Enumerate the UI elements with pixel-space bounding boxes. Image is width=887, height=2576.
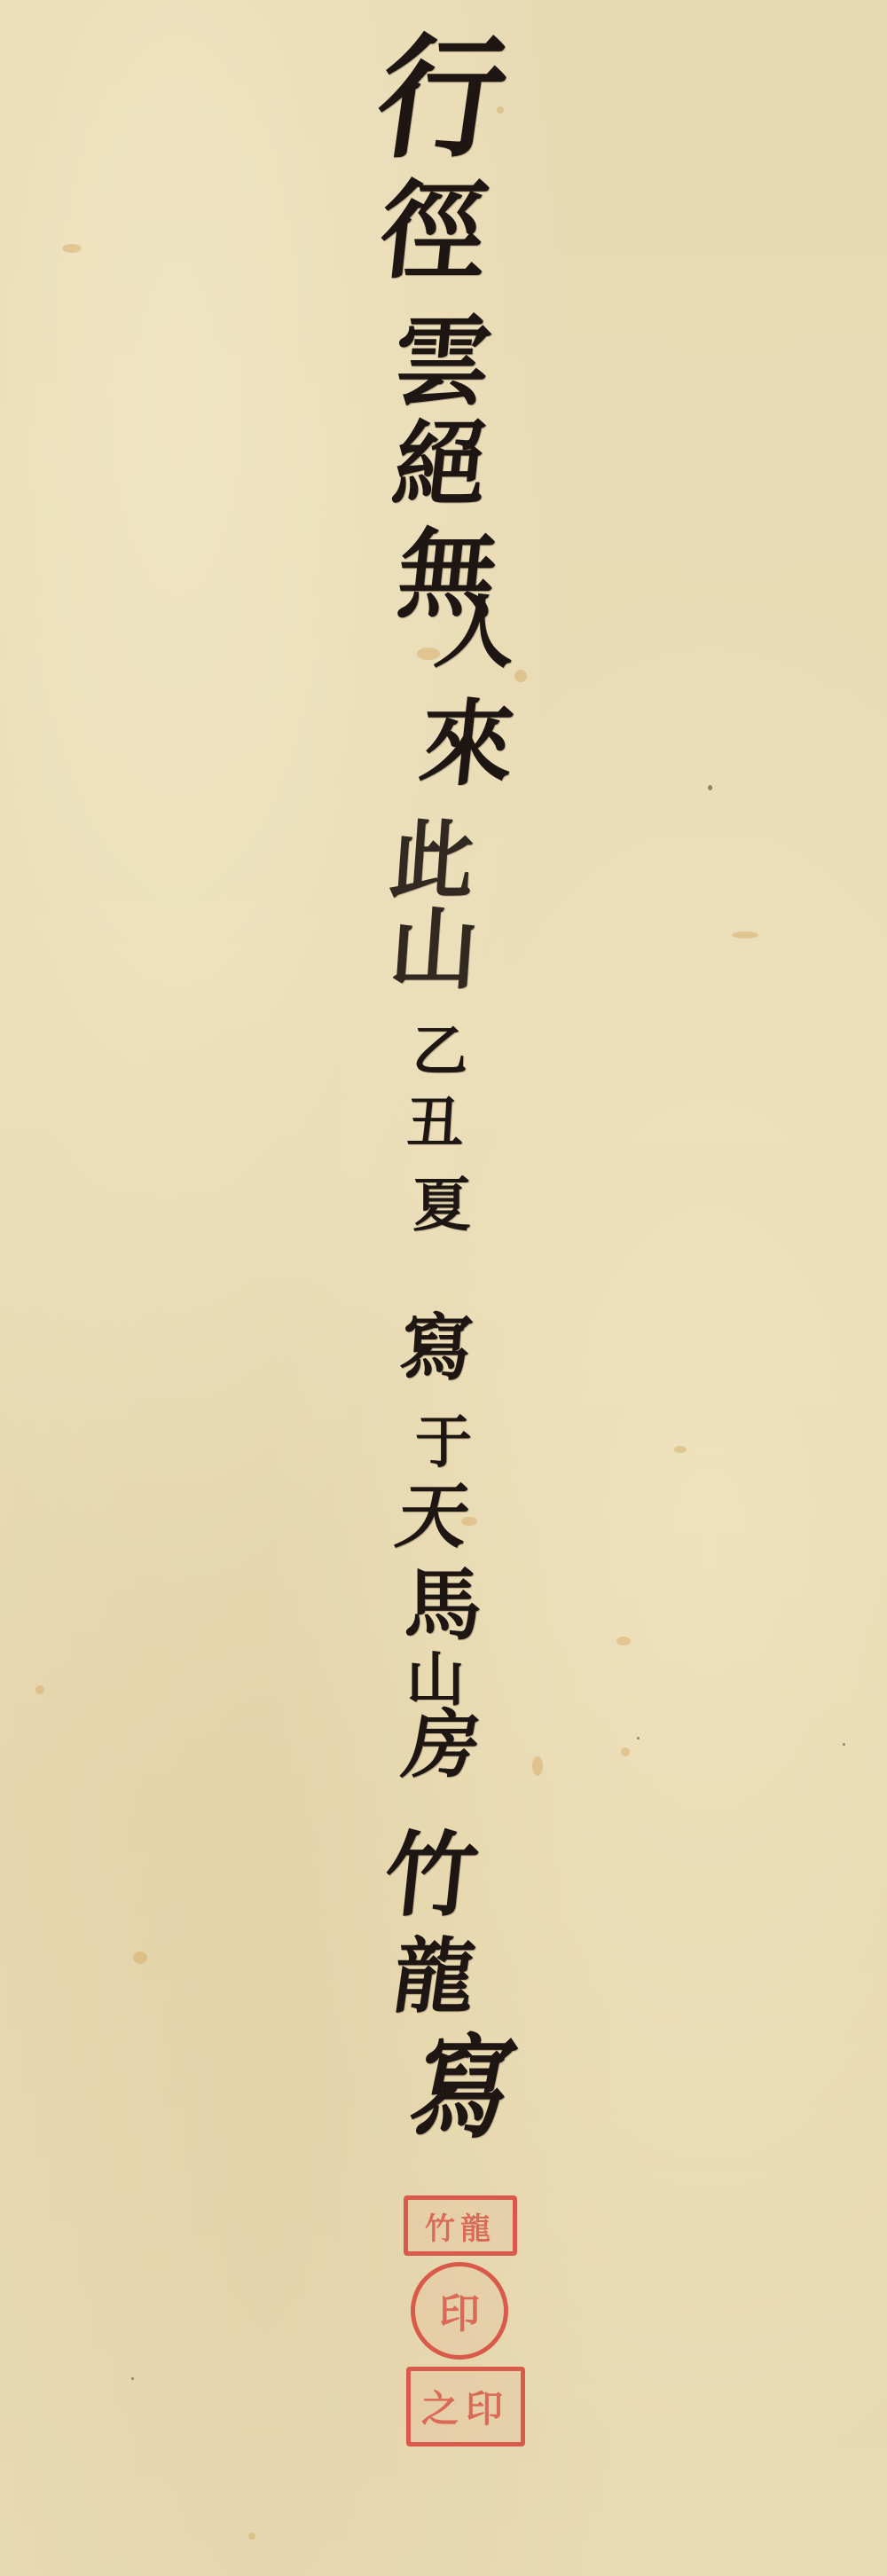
date-character: 夏 bbox=[412, 1158, 471, 1242]
inscription-column: 行 徑 雲 絕 無 人 來 此 山 乙 丑 夏 寫 于 天 馬 山 房 竹 龍 … bbox=[355, 0, 532, 2173]
paper-speck bbox=[708, 785, 712, 790]
artist-seal-round: 印 bbox=[411, 2262, 508, 2360]
seal-text: 之印 bbox=[421, 2380, 510, 2433]
place-character: 寫 bbox=[397, 1291, 477, 1394]
character: 山 bbox=[386, 878, 483, 1006]
character: 來 bbox=[414, 670, 522, 804]
paper-stain bbox=[62, 244, 82, 253]
date-character: 丑 bbox=[406, 1078, 463, 1159]
paper-speck bbox=[637, 1737, 640, 1740]
artist-seal-rectangular-top: 竹龍 bbox=[404, 2195, 517, 2256]
paper-stain bbox=[532, 1756, 543, 1776]
seal-text: 印 bbox=[439, 2281, 480, 2340]
paper-stain bbox=[133, 1952, 147, 1964]
date-character: 乙 bbox=[412, 1007, 467, 1086]
paper-stain bbox=[35, 1685, 44, 1694]
paper-stain bbox=[621, 1747, 630, 1756]
paper-speck bbox=[843, 1743, 845, 1746]
artist-seal-rectangular-bottom: 之印 bbox=[406, 2367, 525, 2446]
paper-speck bbox=[131, 2377, 134, 2380]
paper-stain bbox=[616, 1637, 631, 1645]
paper-stain bbox=[732, 931, 758, 939]
paper-stain bbox=[248, 2533, 255, 2540]
scroll-paper: 行 徑 雲 絕 無 人 來 此 山 乙 丑 夏 寫 于 天 馬 山 房 竹 龍 … bbox=[0, 0, 887, 2576]
seal-text: 竹龍 bbox=[425, 2204, 496, 2248]
character: 徑 bbox=[373, 146, 496, 299]
paper-stain bbox=[674, 1446, 687, 1453]
